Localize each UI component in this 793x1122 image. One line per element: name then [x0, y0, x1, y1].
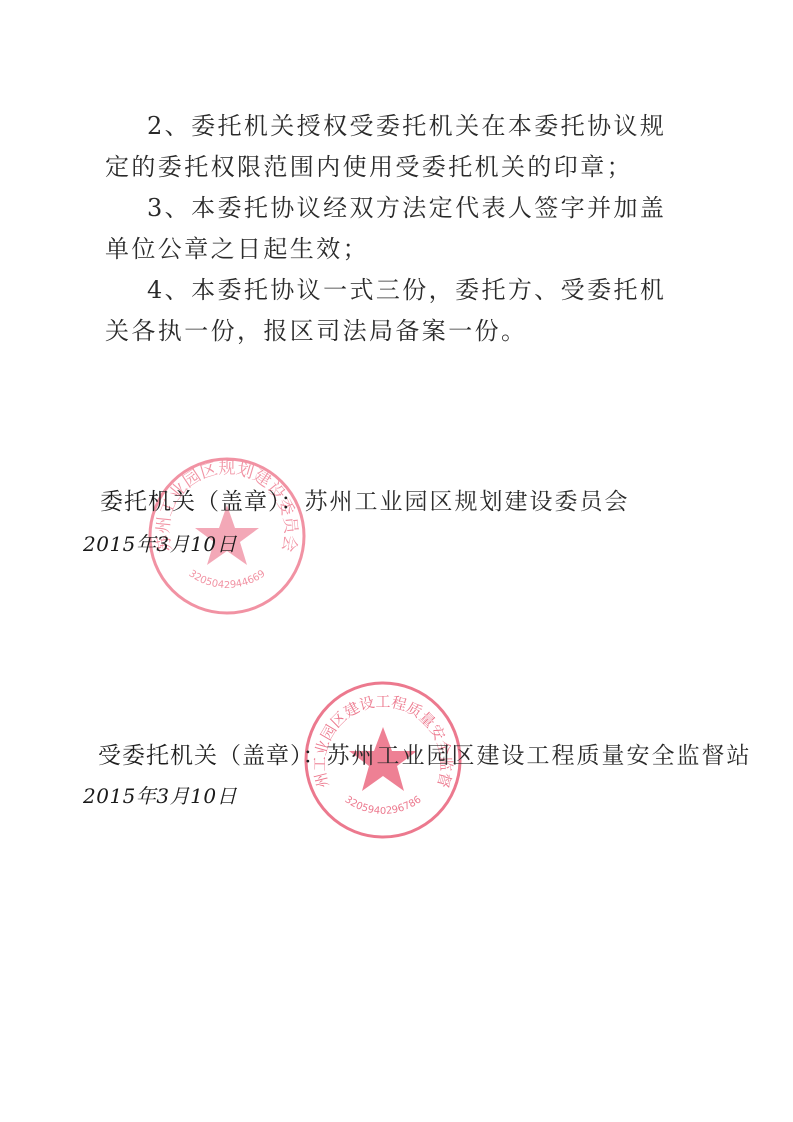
delegatee-date: 2015年3月10日: [83, 780, 237, 809]
delegator-label: 委托机关（盖章）：: [100, 489, 305, 515]
clause-3: 3、本委托协议经双方法定代表人签字并加盖单位公章之日起生效；: [105, 188, 685, 270]
svg-text:3205042944669: 3205042944669: [187, 568, 268, 591]
delegatee-organization: 苏州工业园区建设工程质量安全监督站: [327, 743, 752, 769]
clause-2: 2、委托机关授权受委托机关在本委托协议规定的委托权限范围内使用受委托机关的印章；: [105, 106, 685, 188]
delegator-signature-line: 委托机关（盖章）：苏州工业园区规划建设委员会: [100, 483, 630, 516]
delegator-organization: 苏州工业园区规划建设委员会: [305, 489, 630, 515]
svg-text:3205940296786: 3205940296786: [343, 794, 424, 817]
delegatee-label: 受委托机关（盖章）：: [98, 743, 327, 769]
clause-4: 4、本委托协议一式三份，委托方、受委托机关各执一份，报区司法局备案一份。: [105, 270, 685, 352]
document-page: 2、委托机关授权受委托机关在本委托协议规定的委托权限范围内使用受委托机关的印章；…: [0, 0, 793, 1122]
delegator-date: 2015年3月10日: [83, 528, 237, 557]
delegatee-signature-line: 受委托机关（盖章）：苏州工业园区建设工程质量安全监督站: [98, 737, 752, 770]
